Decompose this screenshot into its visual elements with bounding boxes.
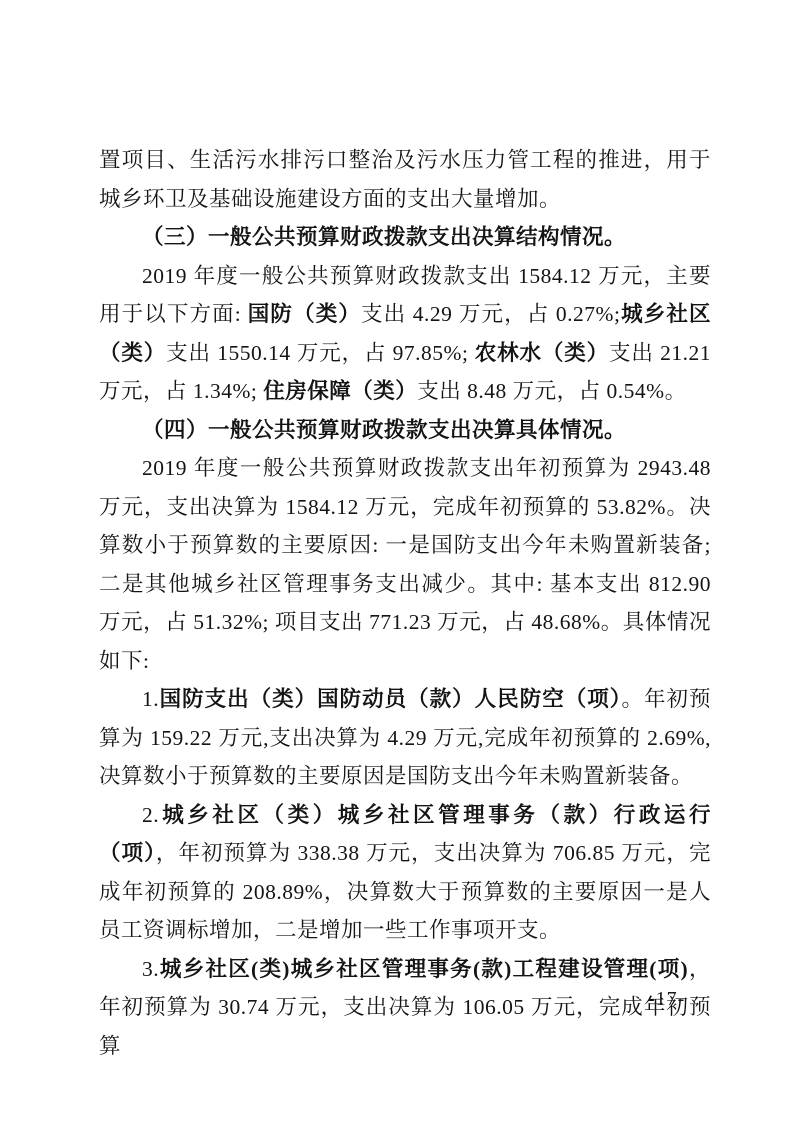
text-run: （四）一般公共预算财政拨款支出决算具体情况。: [142, 418, 626, 442]
paragraph: 置项目、生活污水排污口整治及污水压力管工程的推进，用于城乡环卫及基础设施建设方面…: [99, 141, 711, 218]
text-run: 2019 年度一般公共预算财政拨款支出年初预算为 2943.48 万元，支出决算…: [99, 456, 711, 673]
text-run: 1.: [142, 687, 159, 711]
text-run: 支出 1550.14 万元，占 97.85%;: [166, 341, 475, 365]
paragraph: 1.国防支出（类）国防动员（款）人民防空（项）。年初预算为 159.22 万元,…: [99, 680, 711, 796]
section-heading: （三）一般公共预算财政拨款支出决算结构情况。: [99, 218, 711, 257]
text-run: 支出 8.48 万元，占 0.54%。: [417, 379, 686, 403]
text-run: 支出 4.29 万元，占 0.27%;: [361, 302, 620, 326]
page-number: -17-: [648, 988, 685, 1011]
text-run: （三）一般公共预算财政拨款支出决算结构情况。: [142, 225, 626, 249]
text-run: 住房保障（类）: [263, 379, 417, 403]
document-page: 置项目、生活污水排污口整治及污水压力管工程的推进，用于城乡环卫及基础设施建设方面…: [0, 0, 793, 1122]
paragraph: 2019 年度一般公共预算财政拨款支出 1584.12 万元，主要用于以下方面:…: [99, 257, 711, 411]
text-run: 3.: [142, 957, 159, 981]
text-run: ，年初预算为 338.38 万元，支出决算为 706.85 万元，完成年初预算的…: [99, 841, 711, 942]
text-run: 置项目、生活污水排污口整治及污水压力管工程的推进，用于城乡环卫及基础设施建设方面…: [99, 148, 711, 211]
paragraph: 3.城乡社区(类)城乡社区管理事务(款)工程建设管理(项)，年初预算为 30.7…: [99, 950, 711, 1066]
text-run: 城乡社区(类)城乡社区管理事务(款)工程建设管理(项): [159, 957, 688, 981]
text-run: 2.: [142, 803, 159, 827]
text-run: 国防支出（类）国防动员（款）人民防空（项）: [159, 687, 621, 711]
paragraph: 2019 年度一般公共预算财政拨款支出年初预算为 2943.48 万元，支出决算…: [99, 449, 711, 680]
text-run: 国防（类）: [248, 302, 361, 326]
paragraph: 2.城乡社区（类）城乡社区管理事务（款）行政运行（项），年初预算为 338.38…: [99, 796, 711, 950]
section-heading: （四）一般公共预算财政拨款支出决算具体情况。: [99, 411, 711, 450]
document-body: 置项目、生活污水排污口整治及污水压力管工程的推进，用于城乡环卫及基础设施建设方面…: [99, 141, 711, 1065]
text-run: 农林水（类）: [475, 341, 609, 365]
